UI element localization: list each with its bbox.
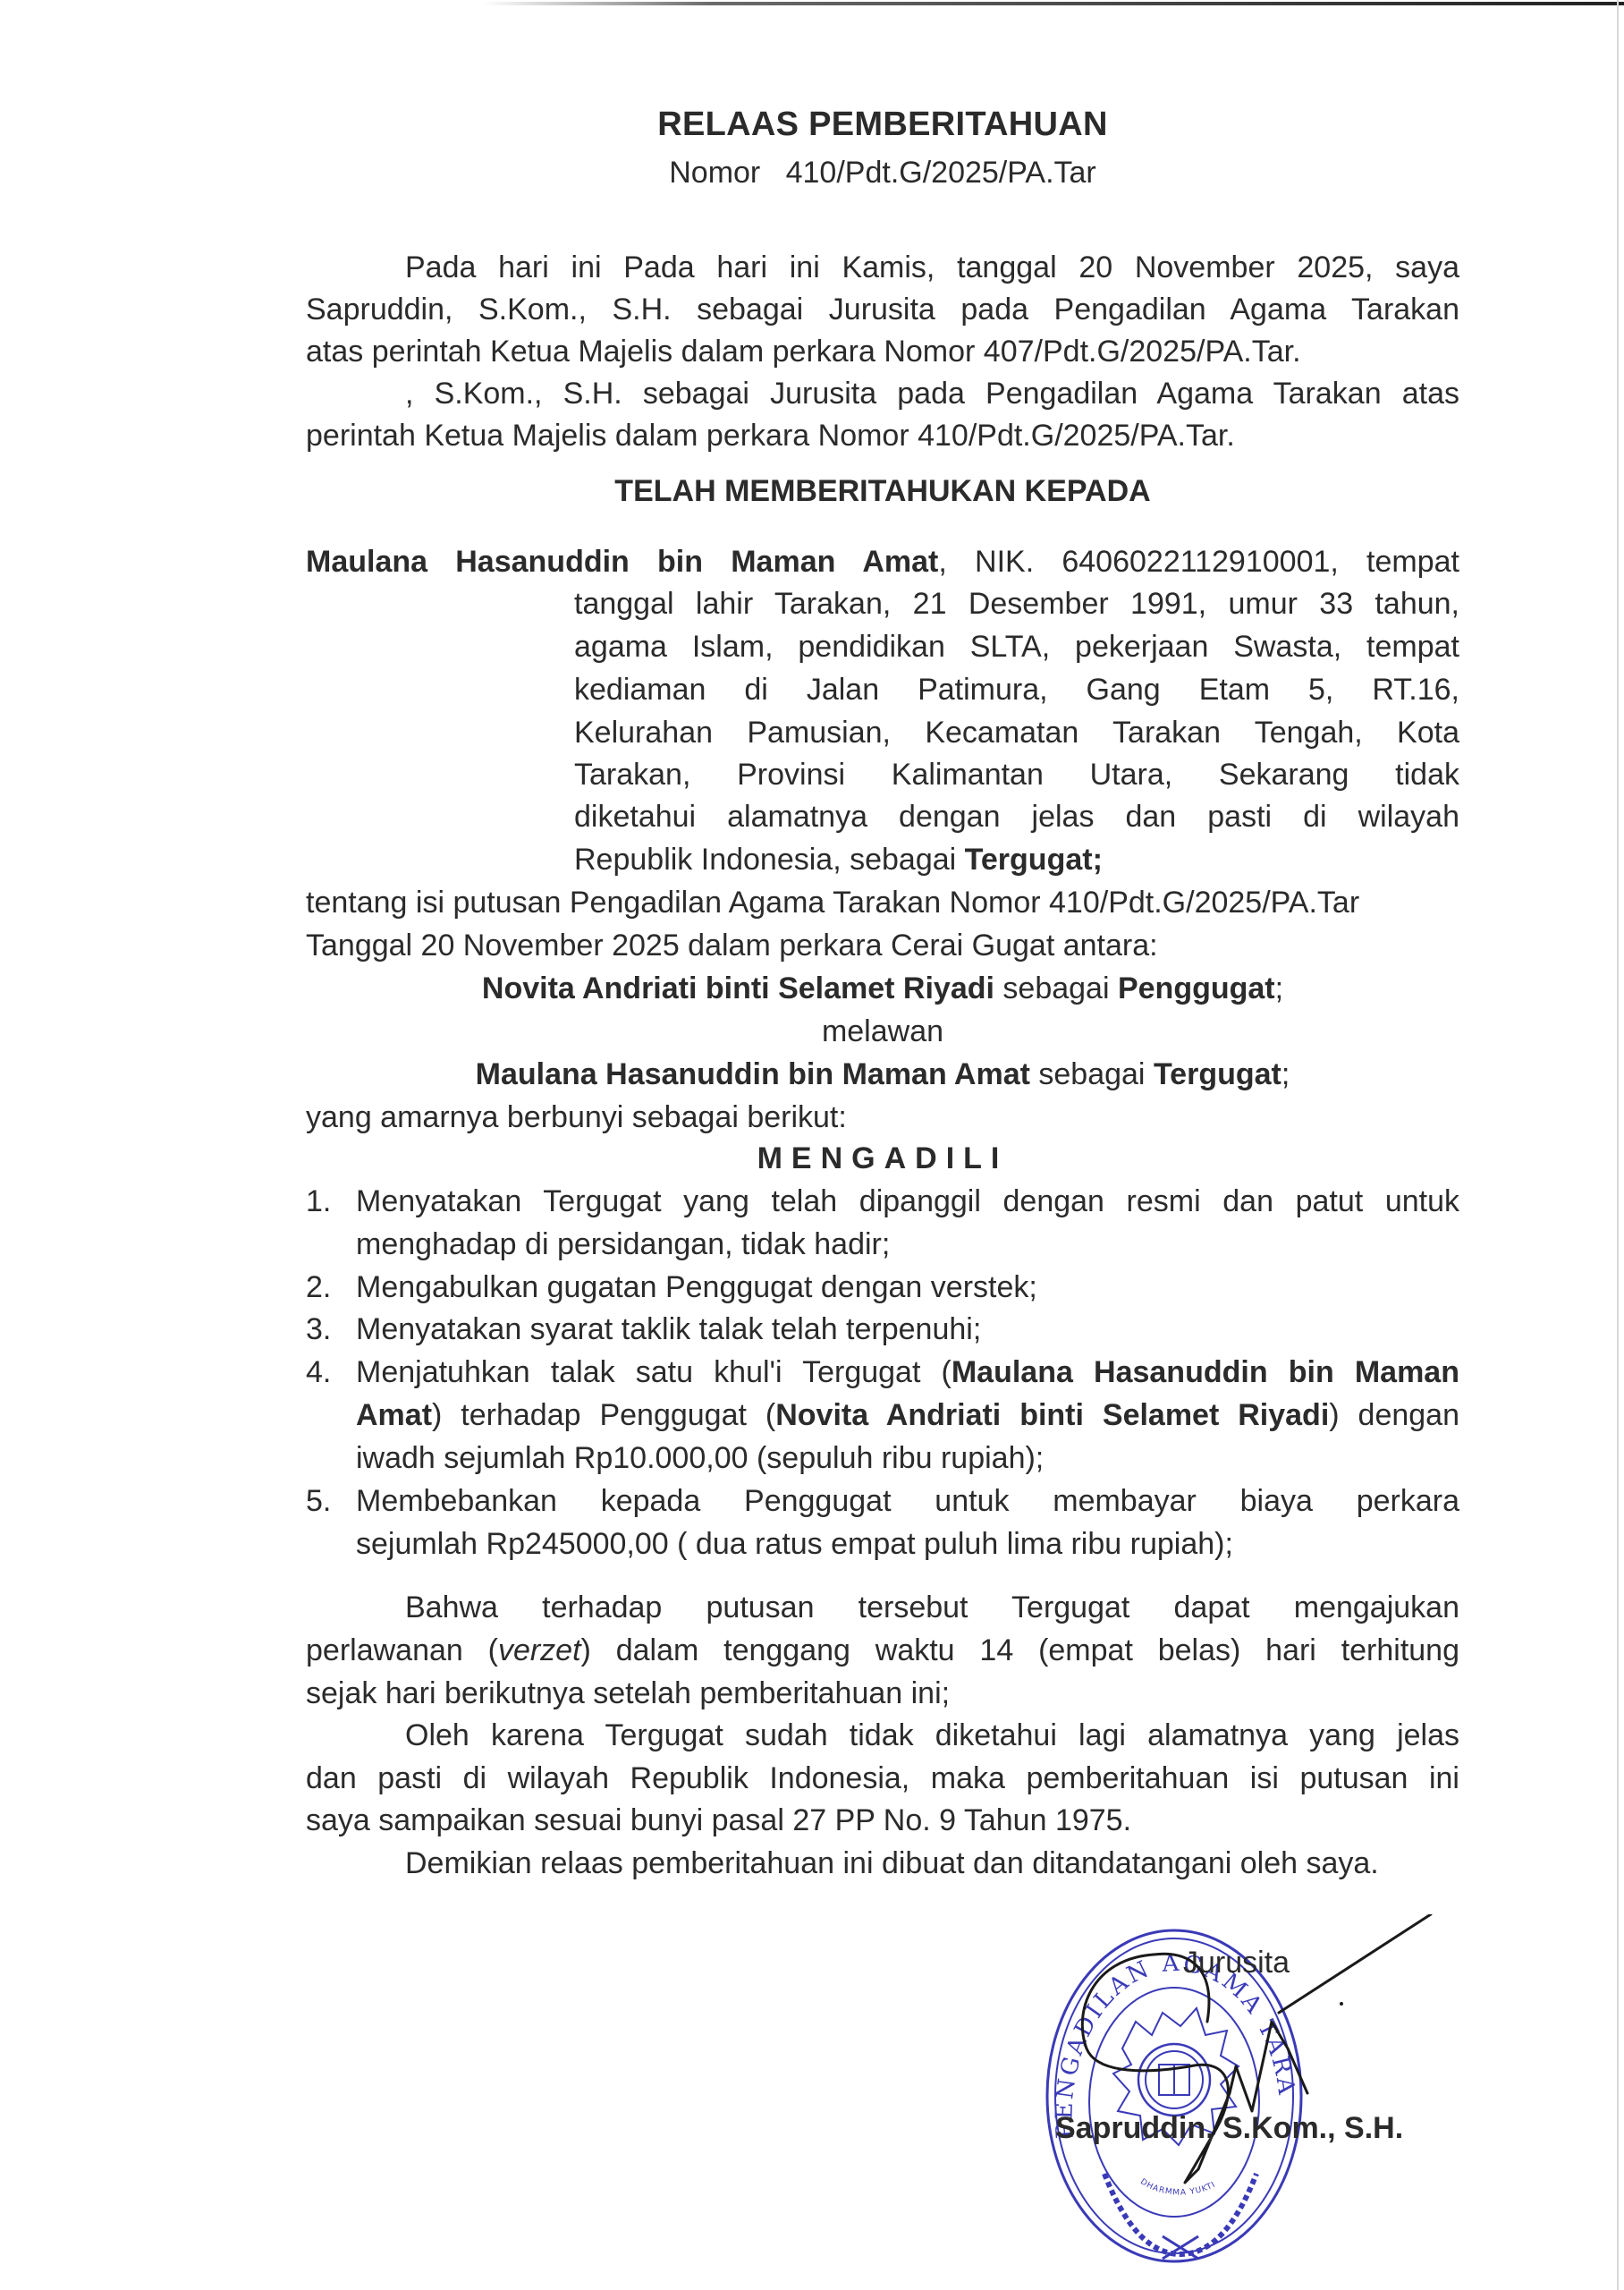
- recipient-detail: tanggal lahir Tarakan, 21 Desember 1991,…: [574, 583, 1459, 625]
- closing-line: dan pasti di wilayah Republik Indonesia,…: [306, 1758, 1459, 1800]
- defendant-role: Tergugat: [1154, 1057, 1281, 1091]
- verzet-term: verzet: [498, 1633, 581, 1667]
- verdict-item-text: Menjatuhkan talak satu khul'i Tergugat (…: [356, 1352, 1459, 1394]
- verdict-heading: MENGADILI: [306, 1138, 1459, 1180]
- decision-reference: Tanggal 20 November 2025 dalam perkara C…: [306, 925, 1459, 967]
- plaintiff-name: Novita Andriati binti Selamet Riyadi: [775, 1398, 1329, 1432]
- closing-line: Bahwa terhadap putusan tersebut Tergugat…: [306, 1587, 1459, 1629]
- verdict-item-text: Membebankan kepada Penggugat untuk memba…: [356, 1480, 1459, 1522]
- opening-line: atas perintah Ketua Majelis dalam perkar…: [306, 331, 1459, 373]
- verdict-item-text: sejumlah Rp245000,00 ( dua ratus empat p…: [356, 1523, 1459, 1565]
- defendant-name: Maulana Hasanuddin bin Maman: [952, 1355, 1459, 1389]
- opening-line: Sapruddin, S.Kom., S.H. sebagai Jurusita…: [306, 289, 1459, 331]
- handwritten-signature-icon: [1037, 1914, 1467, 2218]
- plaintiff-role: Penggugat: [1118, 971, 1275, 1005]
- closing-line: sejak hari berikutnya setelah pemberitah…: [306, 1673, 1459, 1715]
- verdict-item-number: 4.: [306, 1352, 351, 1394]
- recipient-nik: , NIK. 6406022112910001, tempat: [938, 545, 1459, 579]
- document-title: RELAAS PEMBERITAHUAN: [306, 106, 1459, 144]
- verdict-text-part: Menjatuhkan talak satu khul'i Tergugat (: [356, 1355, 952, 1389]
- recipient-detail: Kelurahan Pamusian, Kecamatan Tarakan Te…: [574, 712, 1459, 754]
- versus-text: melawan: [306, 1011, 1459, 1053]
- recipient-name: Maulana Hasanuddin bin Maman Amat: [306, 545, 938, 579]
- defendant-end: ;: [1281, 1057, 1290, 1091]
- verdict-item-number: 2.: [306, 1267, 351, 1309]
- recipient-detail: Tarakan, Provinsi Kalimantan Utara, Seka…: [574, 754, 1459, 796]
- closing-line: perlawanan (verzet) dalam tenggang waktu…: [306, 1630, 1459, 1672]
- closing-line: saya sampaikan sesuai bunyi pasal 27 PP …: [306, 1800, 1459, 1842]
- verdict-item-number: 5.: [306, 1480, 351, 1522]
- signature-block: PENGADILAN AGAMA TARAKAN DHARMMA YUKTI J…: [1037, 1914, 1502, 2290]
- document-number-label: Nomor: [669, 156, 760, 190]
- document-number-value: 410/Pdt.G/2025/PA.Tar: [786, 156, 1096, 190]
- closing-line: Demikian relaas pemberitahuan ini dibuat…: [306, 1843, 1459, 1885]
- verdict-item-text: Menyatakan syarat taklik talak telah ter…: [356, 1309, 1459, 1351]
- plaintiff-as: sebagai: [994, 971, 1118, 1005]
- defendant-name: Amat: [356, 1398, 432, 1432]
- opening-line: perintah Ketua Majelis dalam perkara Nom…: [306, 415, 1459, 457]
- recipient-detail: kediaman di Jalan Patimura, Gang Etam 5,…: [574, 669, 1459, 711]
- scan-edge-line-right: [1617, 0, 1619, 2290]
- verdict-item-text: Mengabulkan gugatan Penggugat dengan ver…: [356, 1267, 1459, 1309]
- signer-name: Sapruddin, S.Kom., S.H.: [1055, 2111, 1403, 2146]
- closing-text-part: perlawanan (: [306, 1633, 498, 1667]
- opening-line: Pada hari ini Pada hari ini Kamis, tangg…: [306, 247, 1459, 289]
- decision-reference: tentang isi putusan Pengadilan Agama Tar…: [306, 882, 1459, 924]
- scan-edge-line: [483, 2, 1624, 5]
- recipient-status-text: Republik Indonesia, sebagai: [574, 843, 965, 877]
- defendant-name: Maulana Hasanuddin bin Maman Amat: [476, 1057, 1030, 1091]
- verdict-text-part: ) terhadap Penggugat (: [432, 1398, 775, 1432]
- recipient-detail: agama Islam, pendidikan SLTA, pekerjaan …: [574, 626, 1459, 668]
- document-number: Nomor 410/Pdt.G/2025/PA.Tar: [306, 152, 1459, 194]
- defendant-as: sebagai: [1030, 1057, 1154, 1091]
- recipient-status: Republik Indonesia, sebagai Tergugat;: [574, 839, 1459, 881]
- recipient-first-line: Maulana Hasanuddin bin Maman Amat, NIK. …: [306, 541, 1459, 583]
- verdict-item-text: iwadh sejumlah Rp10.000,00 (sepuluh ribu…: [356, 1438, 1459, 1480]
- verdict-item-number: 3.: [306, 1309, 351, 1351]
- plaintiff-end: ;: [1275, 971, 1283, 1005]
- defendant-line: Maulana Hasanuddin bin Maman Amat sebaga…: [306, 1054, 1459, 1096]
- plaintiff-line: Novita Andriati binti Selamet Riyadi seb…: [306, 968, 1459, 1010]
- verdict-item-text: Amat) terhadap Penggugat (Novita Andriat…: [356, 1395, 1459, 1437]
- verdict-item-text: menghadap di persidangan, tidak hadir;: [356, 1224, 1459, 1266]
- closing-text-part: ) dalam tenggang waktu 14 (empat belas) …: [581, 1633, 1459, 1667]
- verdict-item-text: Menyatakan Tergugat yang telah dipanggil…: [356, 1181, 1459, 1223]
- notified-heading: TELAH MEMBERITAHUKAN KEPADA: [306, 471, 1459, 513]
- opening-line: , S.Kom., S.H. sebagai Jurusita pada Pen…: [306, 373, 1459, 415]
- closing-line: Oleh karena Tergugat sudah tidak diketah…: [306, 1715, 1459, 1757]
- verdict-text-part: ) dengan: [1329, 1398, 1459, 1432]
- recipient-role: Tergugat;: [965, 843, 1103, 877]
- plaintiff-name: Novita Andriati binti Selamet Riyadi: [482, 971, 994, 1005]
- verdict-intro: yang amarnya berbunyi sebagai berikut:: [306, 1097, 1459, 1139]
- recipient-detail: diketahui alamatnya dengan jelas dan pas…: [574, 796, 1459, 838]
- verdict-item-number: 1.: [306, 1181, 351, 1223]
